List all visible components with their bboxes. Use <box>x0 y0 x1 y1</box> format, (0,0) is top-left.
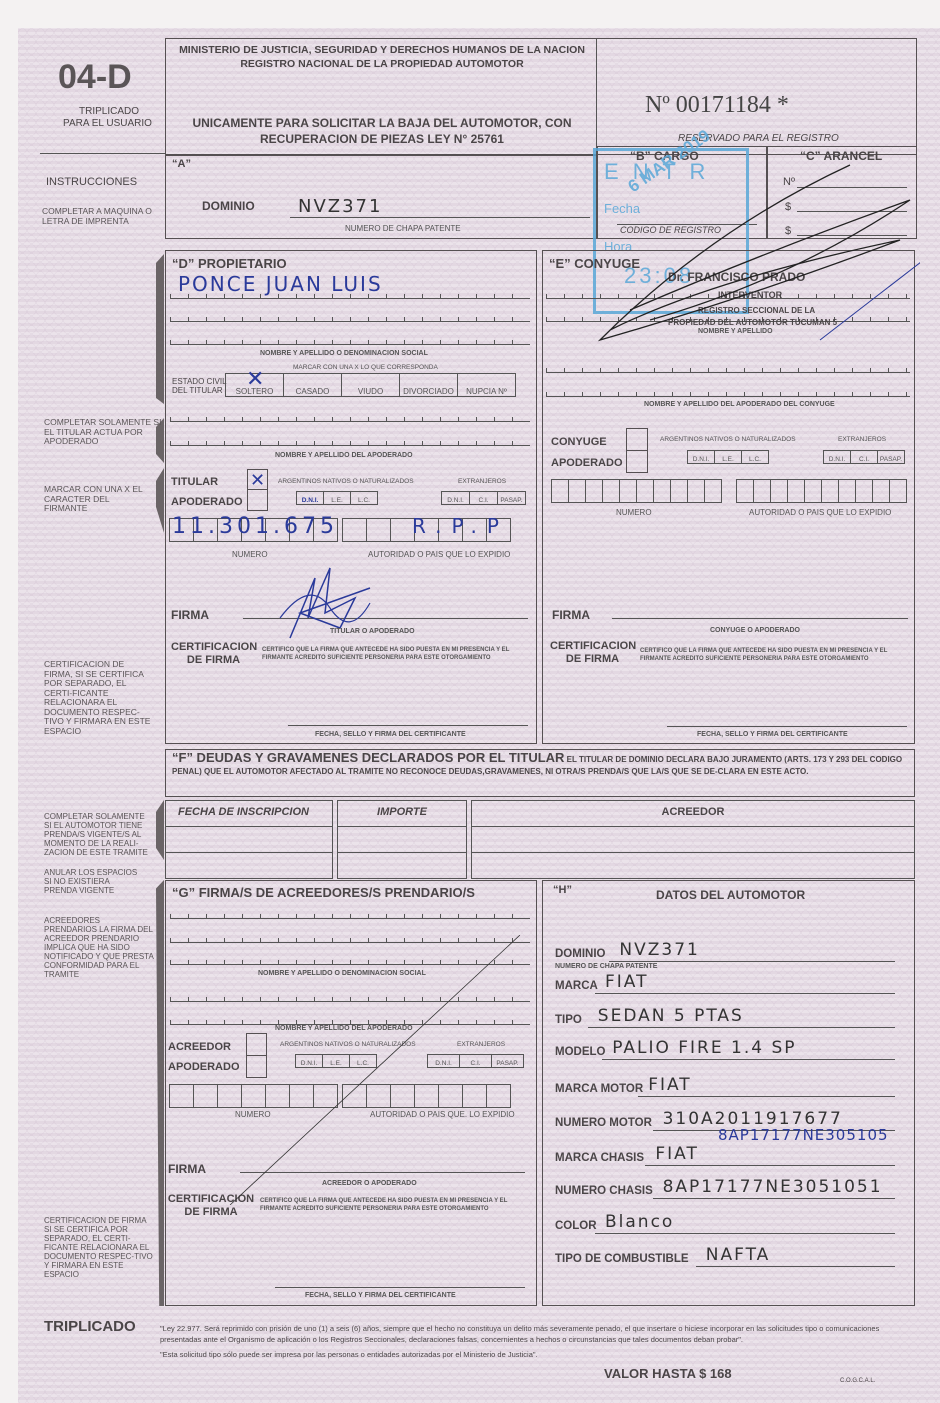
vehicle-field-label: NUMERO MOTOR <box>555 1117 652 1129</box>
purpose-line-2: RECUPERACION DE PIEZAS LEY N° 25761 <box>168 132 596 146</box>
instructions-cert-2: CERTIFICACION DE FIRMA SI SE CERTIFICA P… <box>44 1216 154 1279</box>
vehicle-field-value[interactable]: 8AP17177NE3051051 <box>663 1177 883 1197</box>
apoderado-line-2[interactable] <box>170 440 530 446</box>
char-cell[interactable] <box>736 479 754 503</box>
char-cell[interactable] <box>568 479 586 503</box>
x-mark-icon: ✕ <box>246 366 264 392</box>
firma-caption: CONYUGE O APODERADO <box>710 627 800 634</box>
firma-label: FIRMA <box>171 608 209 622</box>
cert-label: CERTIFICACION DE FIRMA <box>550 640 635 666</box>
footer-value: VALOR HASTA $ 168 <box>604 1366 732 1381</box>
vehicle-field-line <box>638 1096 895 1097</box>
estado-civil-option[interactable]: NUPCIA Nº <box>457 373 516 397</box>
doc-type-box[interactable]: D.N.I. <box>441 491 470 505</box>
char-cell[interactable] <box>653 479 671 503</box>
apoderado-line-1[interactable] <box>170 416 530 422</box>
firma-label: FIRMA <box>552 608 590 622</box>
certificante-line[interactable] <box>288 725 528 726</box>
footer-law: "Ley 22.977. Será reprimido con prisión … <box>160 1323 900 1345</box>
doc-type-box[interactable]: PASAP. <box>497 491 526 505</box>
ext-doc-boxes: D.N.I.C.I.PASAP. <box>823 450 904 464</box>
ext-doc-boxes: D.N.I.C.I.PASAP. <box>441 491 525 505</box>
owner-name-line-1 <box>170 293 530 299</box>
table-cell[interactable] <box>337 852 467 879</box>
form-number: Nº 00171184 * <box>645 92 789 119</box>
vehicle-field-line <box>595 993 895 994</box>
doc-type-box[interactable]: D.N.I. <box>296 491 324 505</box>
section-g-title: “G” FIRMA/S DE ACREEDORES/S PRENDARIO/S <box>172 885 475 900</box>
char-cell[interactable] <box>787 479 805 503</box>
divider <box>40 153 165 154</box>
owner-name-line-3[interactable] <box>170 339 530 345</box>
char-cell[interactable] <box>804 479 822 503</box>
instructions-anular: ANULAR LOS ESPACIOS SI NO EXISTIERA PREN… <box>44 868 144 895</box>
char-cell[interactable] <box>872 479 890 503</box>
estado-civil-option[interactable]: SOLTERO✕ <box>225 373 284 397</box>
vehicle-field-line <box>595 1233 895 1234</box>
char-cell[interactable] <box>821 479 839 503</box>
firma-label: FIRMA <box>168 1162 206 1176</box>
section-d-title: “D” PROPIETARIO <box>172 256 287 271</box>
vehicle-field-line <box>645 1165 895 1166</box>
doc-type-box[interactable]: C.I. <box>850 450 878 464</box>
section-h-title: DATOS DEL AUTOMOTOR <box>656 888 805 902</box>
instructions-complete: COMPLETAR A MAQUINA O LETRA DE IMPRENTA <box>42 207 164 226</box>
estado-civil-option[interactable]: CASADO <box>283 373 342 397</box>
cancel-line <box>220 935 520 1205</box>
instructions-prenda: COMPLETAR SOLAMENTE SI EL AUTOMOTOR TIEN… <box>44 812 154 857</box>
char-cell[interactable] <box>770 479 788 503</box>
char-cell[interactable] <box>342 518 367 542</box>
vehicle-field-label: TIPO <box>555 1014 582 1026</box>
doc-type-box[interactable]: D.N.I. <box>687 450 715 464</box>
copy-for: PARA EL USUARIO <box>55 118 160 129</box>
section-tab <box>156 254 164 404</box>
vehicle-field-value[interactable]: Blanco <box>605 1212 674 1232</box>
char-cell[interactable] <box>687 479 705 503</box>
char-cell[interactable] <box>585 479 603 503</box>
arg-doc-boxes: D.N.I.L.E.L.C. <box>296 491 377 505</box>
table-cell[interactable] <box>165 826 333 853</box>
section-a-tag: “A” <box>172 158 191 170</box>
instructions-cert-1: CERTIFICACION DE FIRMA, SI SE CERTIFICA … <box>44 660 154 736</box>
vehicle-field-value[interactable]: FIAT <box>655 1144 699 1164</box>
conyuge-authority-cells[interactable] <box>736 479 906 503</box>
printer-code: C.O.G.C.A.L. <box>840 1378 875 1384</box>
arg-label: ARGENTINOS NATIVOS O NATURALIZADOS <box>278 478 414 485</box>
footer-copy: TRIPLICADO <box>44 1318 136 1335</box>
doc-type-box[interactable]: D.N.I. <box>823 450 851 464</box>
vehicle-field-line <box>602 1059 895 1060</box>
ext-label: EXTRANJEROS <box>838 436 886 443</box>
table-cell[interactable] <box>471 826 915 853</box>
char-cell[interactable] <box>366 518 391 542</box>
table-cell[interactable] <box>471 852 915 879</box>
char-cell[interactable] <box>636 479 654 503</box>
dominio-value[interactable]: NVZ371 <box>298 196 382 217</box>
conyuge-checkbox[interactable] <box>626 428 648 451</box>
footer-note: "Esta solicitud tipo sólo puede ser impr… <box>160 1350 538 1359</box>
conyuge-apoderado-label: APODERADO <box>551 457 623 469</box>
owner-name-caption: NOMBRE Y APELLIDO O DENOMINACION SOCIAL <box>260 350 428 357</box>
authority-caption: AUTORIDAD O PAIS QUE LO EXPIDIO <box>749 508 891 517</box>
estado-civil-label: ESTADO CIVIL DEL TITULAR <box>172 377 227 395</box>
cert-text-1: CERTIFICO QUE LA FIRMA QUE ANTECEDE HA S… <box>262 647 509 653</box>
vehicle-field-label: MARCA <box>555 980 598 992</box>
copy-label: TRIPLICADO <box>68 106 150 117</box>
section-f-title: “F” DEUDAS Y GRAVAMENES DECLARADOS POR E… <box>172 750 564 765</box>
conyuge-apoderado-caption: NOMBRE Y APELLIDO DEL APODERADO DEL CONY… <box>644 401 835 408</box>
chasis-annotation: 8AP17177NE305105 <box>718 1126 889 1144</box>
vehicle-field-value[interactable]: NVZ371 <box>619 940 699 960</box>
char-cell[interactable] <box>193 1084 218 1108</box>
table-cell[interactable] <box>337 826 467 853</box>
firma-caption: TITULAR O APODERADO <box>330 628 415 635</box>
cert-text-2: FIRMANTE ACREDITO SUFICIENTE PERSONERIA … <box>260 1206 489 1212</box>
vehicle-field-value[interactable]: SEDAN 5 PTAS <box>598 1006 744 1026</box>
vehicle-field-label: MARCA CHASIS <box>555 1152 644 1164</box>
char-cell[interactable] <box>169 1084 194 1108</box>
apoderado-checkbox[interactable] <box>247 489 268 511</box>
section-f-header: “F” DEUDAS Y GRAVAMENES DECLARADOS POR E… <box>172 752 912 778</box>
vehicle-field-value[interactable]: PALIO FIRE 1.4 SP <box>612 1038 796 1058</box>
dominio-label: DOMINIO <box>202 199 255 213</box>
dominio-caption: NUMERO DE CHAPA PATENTE <box>345 224 461 233</box>
acreedor-name-line-1[interactable] <box>170 913 530 919</box>
registrar-signature <box>590 160 920 350</box>
char-cell[interactable] <box>602 479 620 503</box>
vehicle-field-label: COLOR <box>555 1220 597 1232</box>
apoderado-caption: NOMBRE Y APELLIDO DEL APODERADO <box>275 452 413 459</box>
conyuge-firma-line[interactable] <box>612 618 908 619</box>
vehicle-field-label: DOMINIO <box>555 948 605 960</box>
table-header-cell: IMPORTE <box>337 800 467 827</box>
authority-caption: AUTORIDAD O PAIS QUE LO EXPIDIO <box>368 550 510 559</box>
cert-label: CERTIFICACION DE FIRMA <box>171 641 256 667</box>
purpose-line-1: UNICAMENTE PARA SOLICITAR LA BAJA DEL AU… <box>168 116 596 130</box>
doc-type-box[interactable]: L.C. <box>741 450 769 464</box>
vehicle-field-value[interactable]: NAFTA <box>706 1245 771 1265</box>
char-cell[interactable] <box>855 479 873 503</box>
conyuge-apoderado-line-1[interactable] <box>546 367 910 373</box>
instructions-marcar: MARCAR CON UNA X EL CARACTER DEL FIRMANT… <box>44 485 144 514</box>
char-cell[interactable] <box>670 479 688 503</box>
vehicle-field-line <box>696 1266 895 1267</box>
vehicle-field-line <box>653 1198 895 1199</box>
table-cell[interactable] <box>165 852 333 879</box>
doc-type-box[interactable]: L.E. <box>714 450 742 464</box>
doc-type-box[interactable]: PASAP. <box>877 450 905 464</box>
conyuge-certificante-line[interactable] <box>667 726 907 727</box>
apoderado-label: APODERADO <box>171 496 243 508</box>
owner-name-line-2[interactable] <box>170 316 530 322</box>
cert-text-1: CERTIFICO QUE LA FIRMA QUE ANTECEDE HA S… <box>640 648 887 654</box>
char-cell[interactable] <box>704 479 722 503</box>
vehicle-field-label: MODELO <box>555 1046 605 1058</box>
numero-caption: NUMERO <box>616 508 652 517</box>
estado-civil-option[interactable]: VIUDO <box>341 373 400 397</box>
form-code: 04-D <box>58 58 132 97</box>
section-h-tag: “H” <box>553 884 572 896</box>
vehicle-field-label: MARCA MOTOR <box>555 1083 643 1095</box>
vehicle-field-label: TIPO DE COMBUSTIBLE <box>555 1253 689 1265</box>
certificante-caption: FECHA, SELLO Y FIRMA DEL CERTIFICANTE <box>315 731 466 738</box>
arg-doc-boxes: D.N.I.L.E.L.C. <box>687 450 768 464</box>
vehicle-field-value[interactable]: FIAT <box>605 972 649 992</box>
char-cell[interactable] <box>753 479 771 503</box>
char-cell[interactable] <box>619 479 637 503</box>
vehicle-field-value[interactable]: FIAT <box>648 1075 692 1095</box>
table-header-cell: FECHA DE INSCRIPCION <box>165 800 333 827</box>
numero-caption: NUMERO <box>232 550 268 559</box>
instructions-acreedores: ACREEDORES PRENDARIOS LA FIRMA DEL ACREE… <box>44 916 154 979</box>
doc-type-box[interactable]: L.C. <box>350 491 378 505</box>
registry: REGISTRO NACIONAL DE LA PROPIEDAD AUTOMO… <box>170 58 594 70</box>
char-cell[interactable] <box>889 479 907 503</box>
vehicle-field-label: NUMERO CHASIS <box>555 1185 653 1197</box>
ministry: MINISTERIO DE JUSTICIA, SEGURIDAD Y DERE… <box>170 44 594 56</box>
char-cell[interactable] <box>838 479 856 503</box>
acreedor-certificante-line[interactable] <box>275 1287 525 1288</box>
arg-label: ARGENTINOS NATIVOS O NATURALIZADOS <box>660 436 796 443</box>
conyuge-apoderado-checkbox[interactable] <box>626 450 648 473</box>
estado-civil-options: SOLTERO✕CASADOVIUDODIVORCIADONUPCIA Nº <box>225 373 515 397</box>
certificante-caption: FECHA, SELLO Y FIRMA DEL CERTIFICANTE <box>697 731 848 738</box>
cert-text-2: FIRMANTE ACREDITO SUFICIENTE PERSONERIA … <box>262 655 491 661</box>
instructions-apoderado: COMPLETAR SOLAMENTE SI EL TITULAR ACTUA … <box>44 418 162 447</box>
instructions-title: INSTRUCCIONES <box>46 176 137 188</box>
conyuge-label: CONYUGE <box>551 436 607 448</box>
certificante-caption: FECHA, SELLO Y FIRMA DEL CERTIFICANTE <box>305 1292 456 1299</box>
vehicle-field-line <box>609 961 895 962</box>
conyuge-doc-number-cells[interactable] <box>551 479 721 503</box>
titular-checkbox[interactable]: ✕ <box>247 469 268 490</box>
conyuge-apoderado-line-2[interactable] <box>546 391 910 397</box>
estado-civil-option[interactable]: DIVORCIADO <box>399 373 458 397</box>
cert-text-2: FIRMANTE ACREDITO SUFICIENTE PERSONERIA … <box>640 656 869 662</box>
doc-type-box[interactable]: L.E. <box>323 491 351 505</box>
doc-number[interactable]: 11.301.675 <box>172 514 338 539</box>
dominio-line <box>290 217 590 218</box>
vehicle-field-line <box>588 1027 895 1028</box>
dominio-caption: NUMERO DE CHAPA PATENTE <box>555 963 657 970</box>
doc-type-box[interactable]: C.I. <box>469 491 498 505</box>
char-cell[interactable] <box>551 479 569 503</box>
table-header-cell: ACREEDOR <box>471 800 915 827</box>
authority-value[interactable]: R.P.P <box>412 514 509 538</box>
ext-label: EXTRANJEROS <box>458 478 506 485</box>
mark-hint: MARCAR CON UNA X LO QUE CORRESPONDA <box>293 364 438 371</box>
titular-label: TITULAR <box>171 476 218 488</box>
